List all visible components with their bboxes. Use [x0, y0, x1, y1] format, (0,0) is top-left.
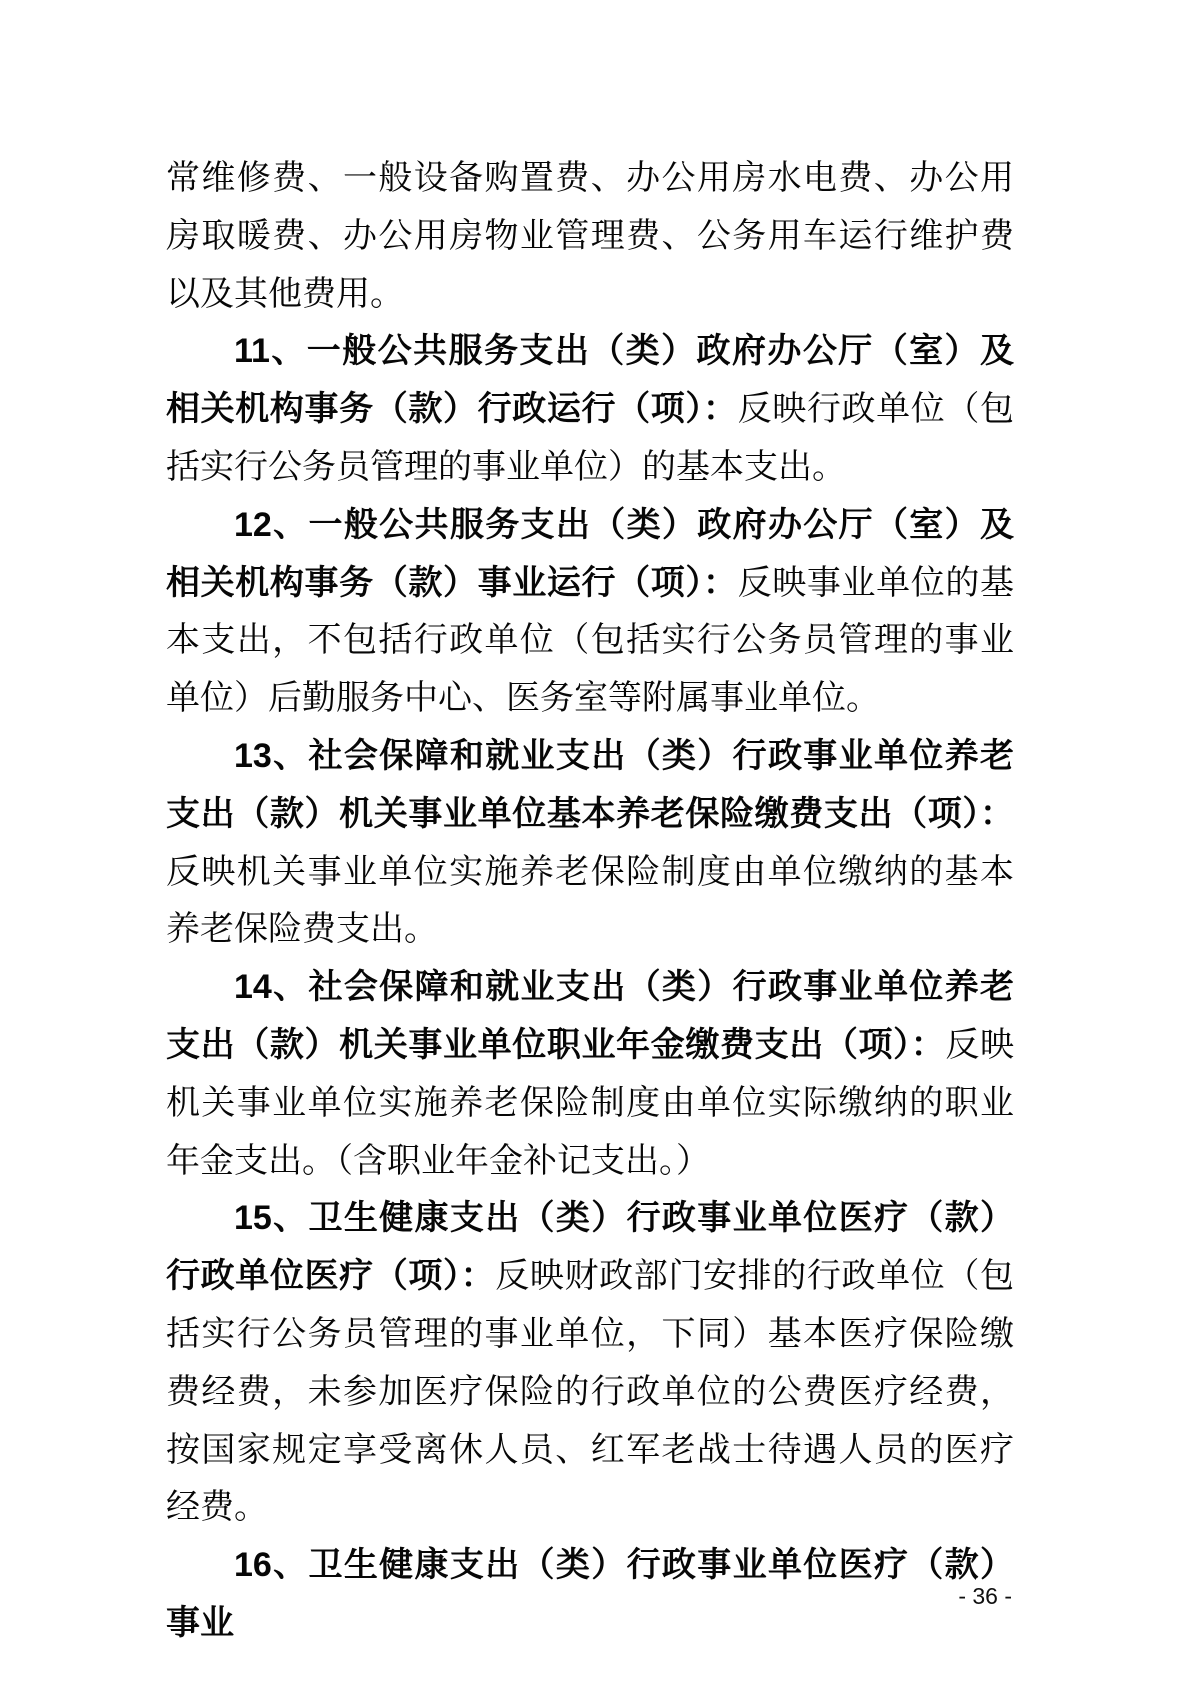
paragraph-lead-bold: 14、社会保障和就业支出（类）行政事业单位养老支出（款）机关事业单位职业年金缴费… [166, 968, 1014, 1064]
paragraph-body-text: 常维修费、一般设备购置费、办公用房水电费、办公用房取暖费、办公用房物业管理费、公… [166, 160, 1014, 313]
paragraph-1: 常维修费、一般设备购置费、办公用房水电费、办公用房取暖费、办公用房物业管理费、公… [166, 150, 1014, 323]
paragraph-lead-bold: 13、社会保障和就业支出（类）行政事业单位养老支出（款）机关事业单位基本养老保险… [166, 737, 1014, 833]
paragraph-3: 12、一般公共服务支出（类）政府办公厅（室）及相关机构事务（款）事业运行（项）：… [166, 497, 1014, 728]
paragraph-2: 11、一般公共服务支出（类）政府办公厅（室）及相关机构事务（款）行政运行（项）：… [166, 323, 1014, 496]
paragraph-4: 13、社会保障和就业支出（类）行政事业单位养老支出（款）机关事业单位基本养老保险… [166, 728, 1014, 959]
page-number: - 36 - [0, 1583, 1012, 1609]
document-body: 常维修费、一般设备购置费、办公用房水电费、办公用房取暖费、办公用房物业管理费、公… [166, 150, 1014, 1653]
paragraph-6: 15、卫生健康支出（类）行政事业单位医疗（款）行政单位医疗（项）：反映财政部门安… [166, 1190, 1014, 1537]
paragraph-body-text: 反映机关事业单位实施养老保险制度由单位缴纳的基本养老保险费支出。 [166, 854, 1014, 949]
document-page: { "page": { "number_label": "- 36 -", "c… [0, 0, 1190, 1683]
paragraph-body-text: 反映财政部门安排的行政单位（包括实行公务员管理的事业单位，下同）基本医疗保险缴费… [166, 1258, 1014, 1526]
paragraph-5: 14、社会保障和就业支出（类）行政事业单位养老支出（款）机关事业单位职业年金缴费… [166, 959, 1014, 1190]
